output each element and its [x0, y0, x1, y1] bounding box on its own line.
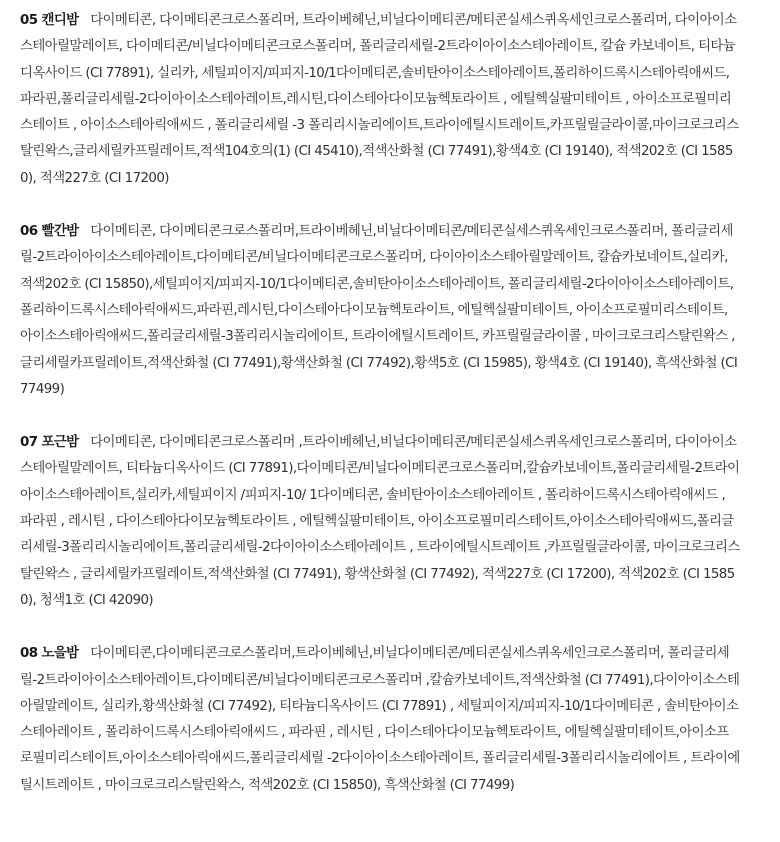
ingredients-list: 다이메티콘, 다이메티콘크로스폴리머, 트라이베헤닌,비닐다이메티콘/메티콘실세…: [20, 13, 738, 186]
ingredients-document: 05 캔디밤 다이메티콘, 다이메티콘크로스폴리머, 트라이베헤닌,비닐다이메티…: [0, 0, 780, 799]
product-title: 08 노을밤: [20, 646, 79, 661]
product-section-06: 06 빨간밤 다이메티콘, 다이메티콘크로스폴리머,트라이베헤닌,비닐다이메티콘…: [20, 219, 740, 403]
product-title: 05 캔디밤: [20, 13, 79, 28]
product-title: 06 빨간밤: [20, 224, 79, 239]
ingredients-list: 다이메티콘, 다이메티콘크로스폴리머 ,트라이베헤닌,비닐다이메티콘/메티콘실세…: [20, 435, 740, 608]
ingredients-list: 다이메티콘,다이메티콘크로스폴리머,트라이베헤닌,비닐다이메티콘/메티콘실세스퀴…: [20, 646, 740, 792]
ingredients-list: 다이메티콘, 다이메티콘크로스폴리머,트라이베헤닌,비닐다이메티콘/메티콘실세스…: [20, 224, 737, 397]
product-section-05: 05 캔디밤 다이메티콘, 다이메티콘크로스폴리머, 트라이베헤닌,비닐다이메티…: [20, 8, 740, 192]
product-title: 07 포근밤: [20, 435, 79, 450]
product-section-07: 07 포근밤 다이메티콘, 다이메티콘크로스폴리머 ,트라이베헤닌,비닐다이메티…: [20, 430, 740, 614]
product-section-08: 08 노을밤 다이메티콘,다이메티콘크로스폴리머,트라이베헤닌,비닐다이메티콘/…: [20, 641, 740, 799]
